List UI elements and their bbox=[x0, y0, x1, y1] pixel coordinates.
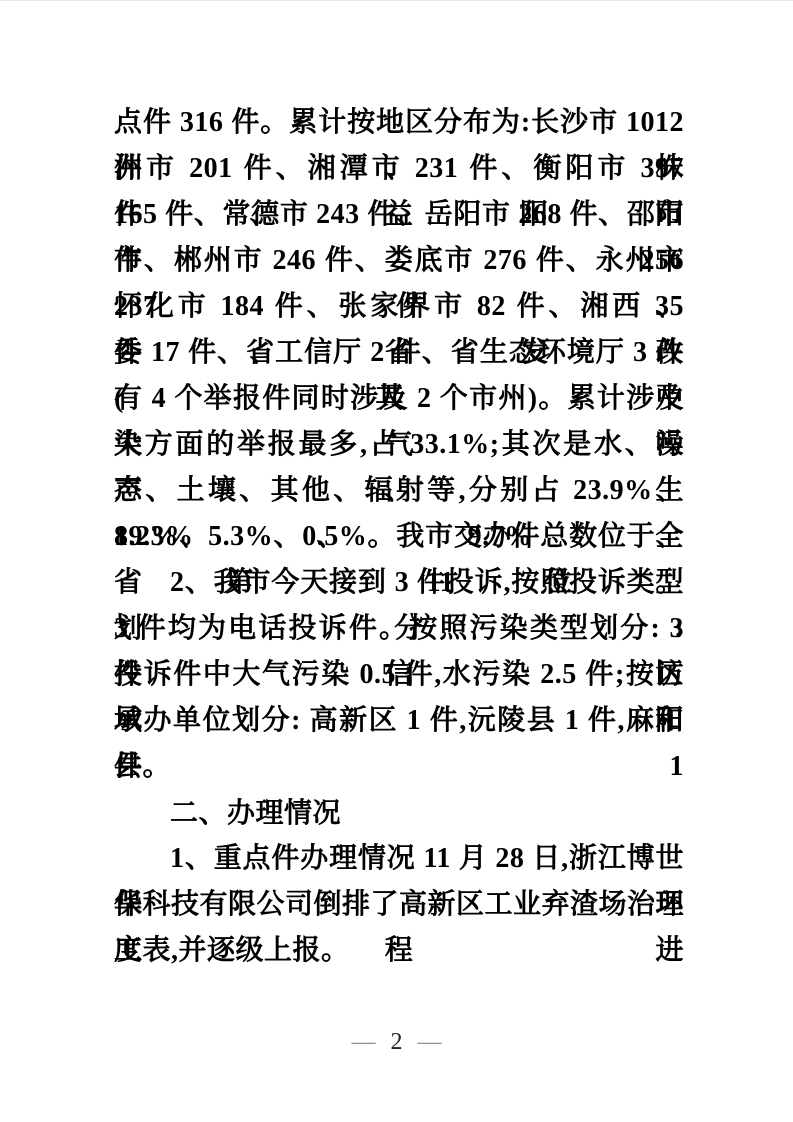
text-line: 8.2%、5.3%、0.5%。我市交办件总数位于全省第 11 位。 bbox=[114, 514, 684, 560]
text-line: 点件 316 件。累计按地区分布为:长沙市 1012 件、株 bbox=[114, 100, 684, 146]
text-line: 2、我市今天接到 3 件投诉,按照投诉类型划分: bbox=[114, 560, 684, 606]
text-line: 1、重点件办理情况 11 月 28 日,浙江博世华环 bbox=[114, 836, 684, 882]
document-page: 点件 316 件。累计按地区分布为:长沙市 1012 件、株洲市 201 件、湘… bbox=[0, 0, 793, 1122]
section-heading: 二、办理情况 bbox=[114, 790, 684, 836]
text-line: 怀化市 184 件、张家界市 82 件、湘西 35 件、省发改 bbox=[114, 284, 684, 330]
footer-dash-right: — bbox=[418, 1029, 442, 1055]
text-line: 洲市 201 件、湘潭市 231 件、衡阳市 397 件、益阳市 bbox=[114, 146, 684, 192]
text-line: 保科技有限公司倒排了高新区工业弃渣场治理工程进 bbox=[114, 882, 684, 928]
footer-dash-left: — bbox=[352, 1029, 376, 1055]
text-line: 有 4 个举报件同时涉及 2 个市州)。累计涉及大气污 bbox=[114, 376, 684, 422]
text-line: 3 件均为电话投诉件。按照污染类型划分: 3 件信访 bbox=[114, 606, 684, 652]
page-footer: —2— bbox=[0, 1027, 793, 1057]
document-body: 点件 316 件。累计按地区分布为:长沙市 1012 件、株洲市 201 件、湘… bbox=[114, 100, 684, 974]
page-number: 2 bbox=[391, 1029, 403, 1055]
text-line: 染方面的举报最多,占 33.1%;其次是水、噪声、生 bbox=[114, 422, 684, 468]
text-line: 态、土壤、其他、辐射等,分别占 23.9%、19.3%、9.7%、 bbox=[114, 468, 684, 514]
text-line: 承办单位划分: 高新区 1 件,沅陵县 1 件,麻阳县 1 bbox=[114, 698, 684, 744]
text-line: 委 17 件、省工信厅 2 件、省生态环境厅 3 件(其中 bbox=[114, 330, 684, 376]
text-line: 165 件、常德市 243 件、岳阳市 268 件、邵阳市 256 bbox=[114, 192, 684, 238]
text-line: 投诉件中大气污染 0.5 件,水污染 2.5 件;按区域和 bbox=[114, 652, 684, 698]
text-line: 件、郴州市 246 件、娄底市 276 件、永州市 237 件、 bbox=[114, 238, 684, 284]
